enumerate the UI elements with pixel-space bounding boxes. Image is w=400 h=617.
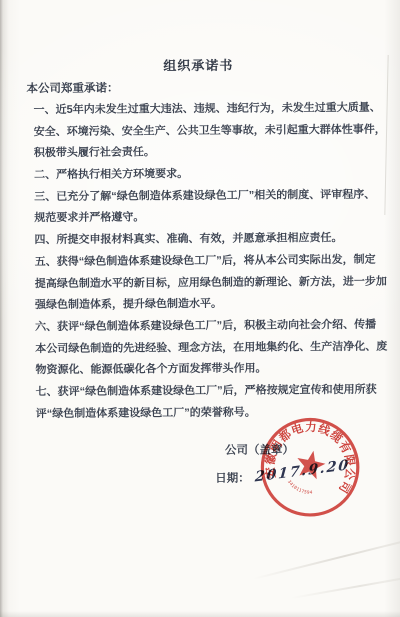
document-sheet: 组织承诺书 本公司郑重承诺： 一、近5年内未发生过重大违法、违规、违纪行为，未发…	[0, 0, 400, 617]
page-title: 组织承诺书	[0, 54, 398, 76]
document-line: 安全、环境污染、安全生产、公共卫生等事故，未引起重大群体性事件，	[34, 119, 376, 143]
stamp-serial: 3410117594	[284, 478, 315, 497]
photo-bottom-shading	[0, 611, 400, 617]
star-icon	[294, 448, 328, 480]
scanned-document-photo: 组织承诺书 本公司郑重承诺： 一、近5年内未发生过重大违法、违规、违纪行为，未发…	[0, 0, 400, 617]
document-line: 本公司绿色制造的先进经验、理念方法，在用地集约化、生产洁净化、废	[35, 336, 377, 360]
document-line: 规范要求并严格遵守。	[34, 206, 376, 230]
document-line: 三、已充分了解“绿色制造体系建设绿色工厂”相关的制度、评审程序、	[34, 185, 376, 209]
document-line: 提高绿色制造水平的新目标，应用绿色制造的新理论、新方法，进一步加	[35, 271, 377, 295]
document-line: 四、所提交申报材料真实、准确、有效，并愿意承担相应责任。	[34, 228, 376, 252]
document-line: 六、获评“绿色制造体系建设绿色工厂”后，积极主动向社会介绍、传播	[35, 315, 377, 339]
document-line: 一、近5年内未发生过重大违法、违规、违纪行为，未发生过重大质量、	[34, 98, 376, 122]
date-label: 日期：	[215, 473, 250, 485]
document-body: 一、近5年内未发生过重大违法、违规、违纪行为，未发生过重大质量、 安全、环境污染…	[34, 98, 378, 426]
document-line: 七、获评“绿色制造体系建设绿色工厂”后，严格按规定宣传和使用所获	[36, 380, 378, 404]
company-stamp: 安徽明都电力线缆有限公司 3410117594	[248, 405, 373, 530]
document-line: 物资源化、能源低碳化各个方面发挥带头作用。	[35, 358, 377, 382]
salutation: 本公司郑重承诺：	[26, 80, 118, 97]
document-line: 二、严格执行相关方环境要求。	[34, 163, 376, 187]
document-line: 强绿色制造体系，提升绿色制造水平。	[35, 293, 377, 317]
document-line: 五、获得“绿色制造体系建设绿色工厂”后，将从本公司实际出发，制定	[35, 250, 377, 274]
document-line: 积极带头履行社会责任。	[34, 141, 376, 165]
